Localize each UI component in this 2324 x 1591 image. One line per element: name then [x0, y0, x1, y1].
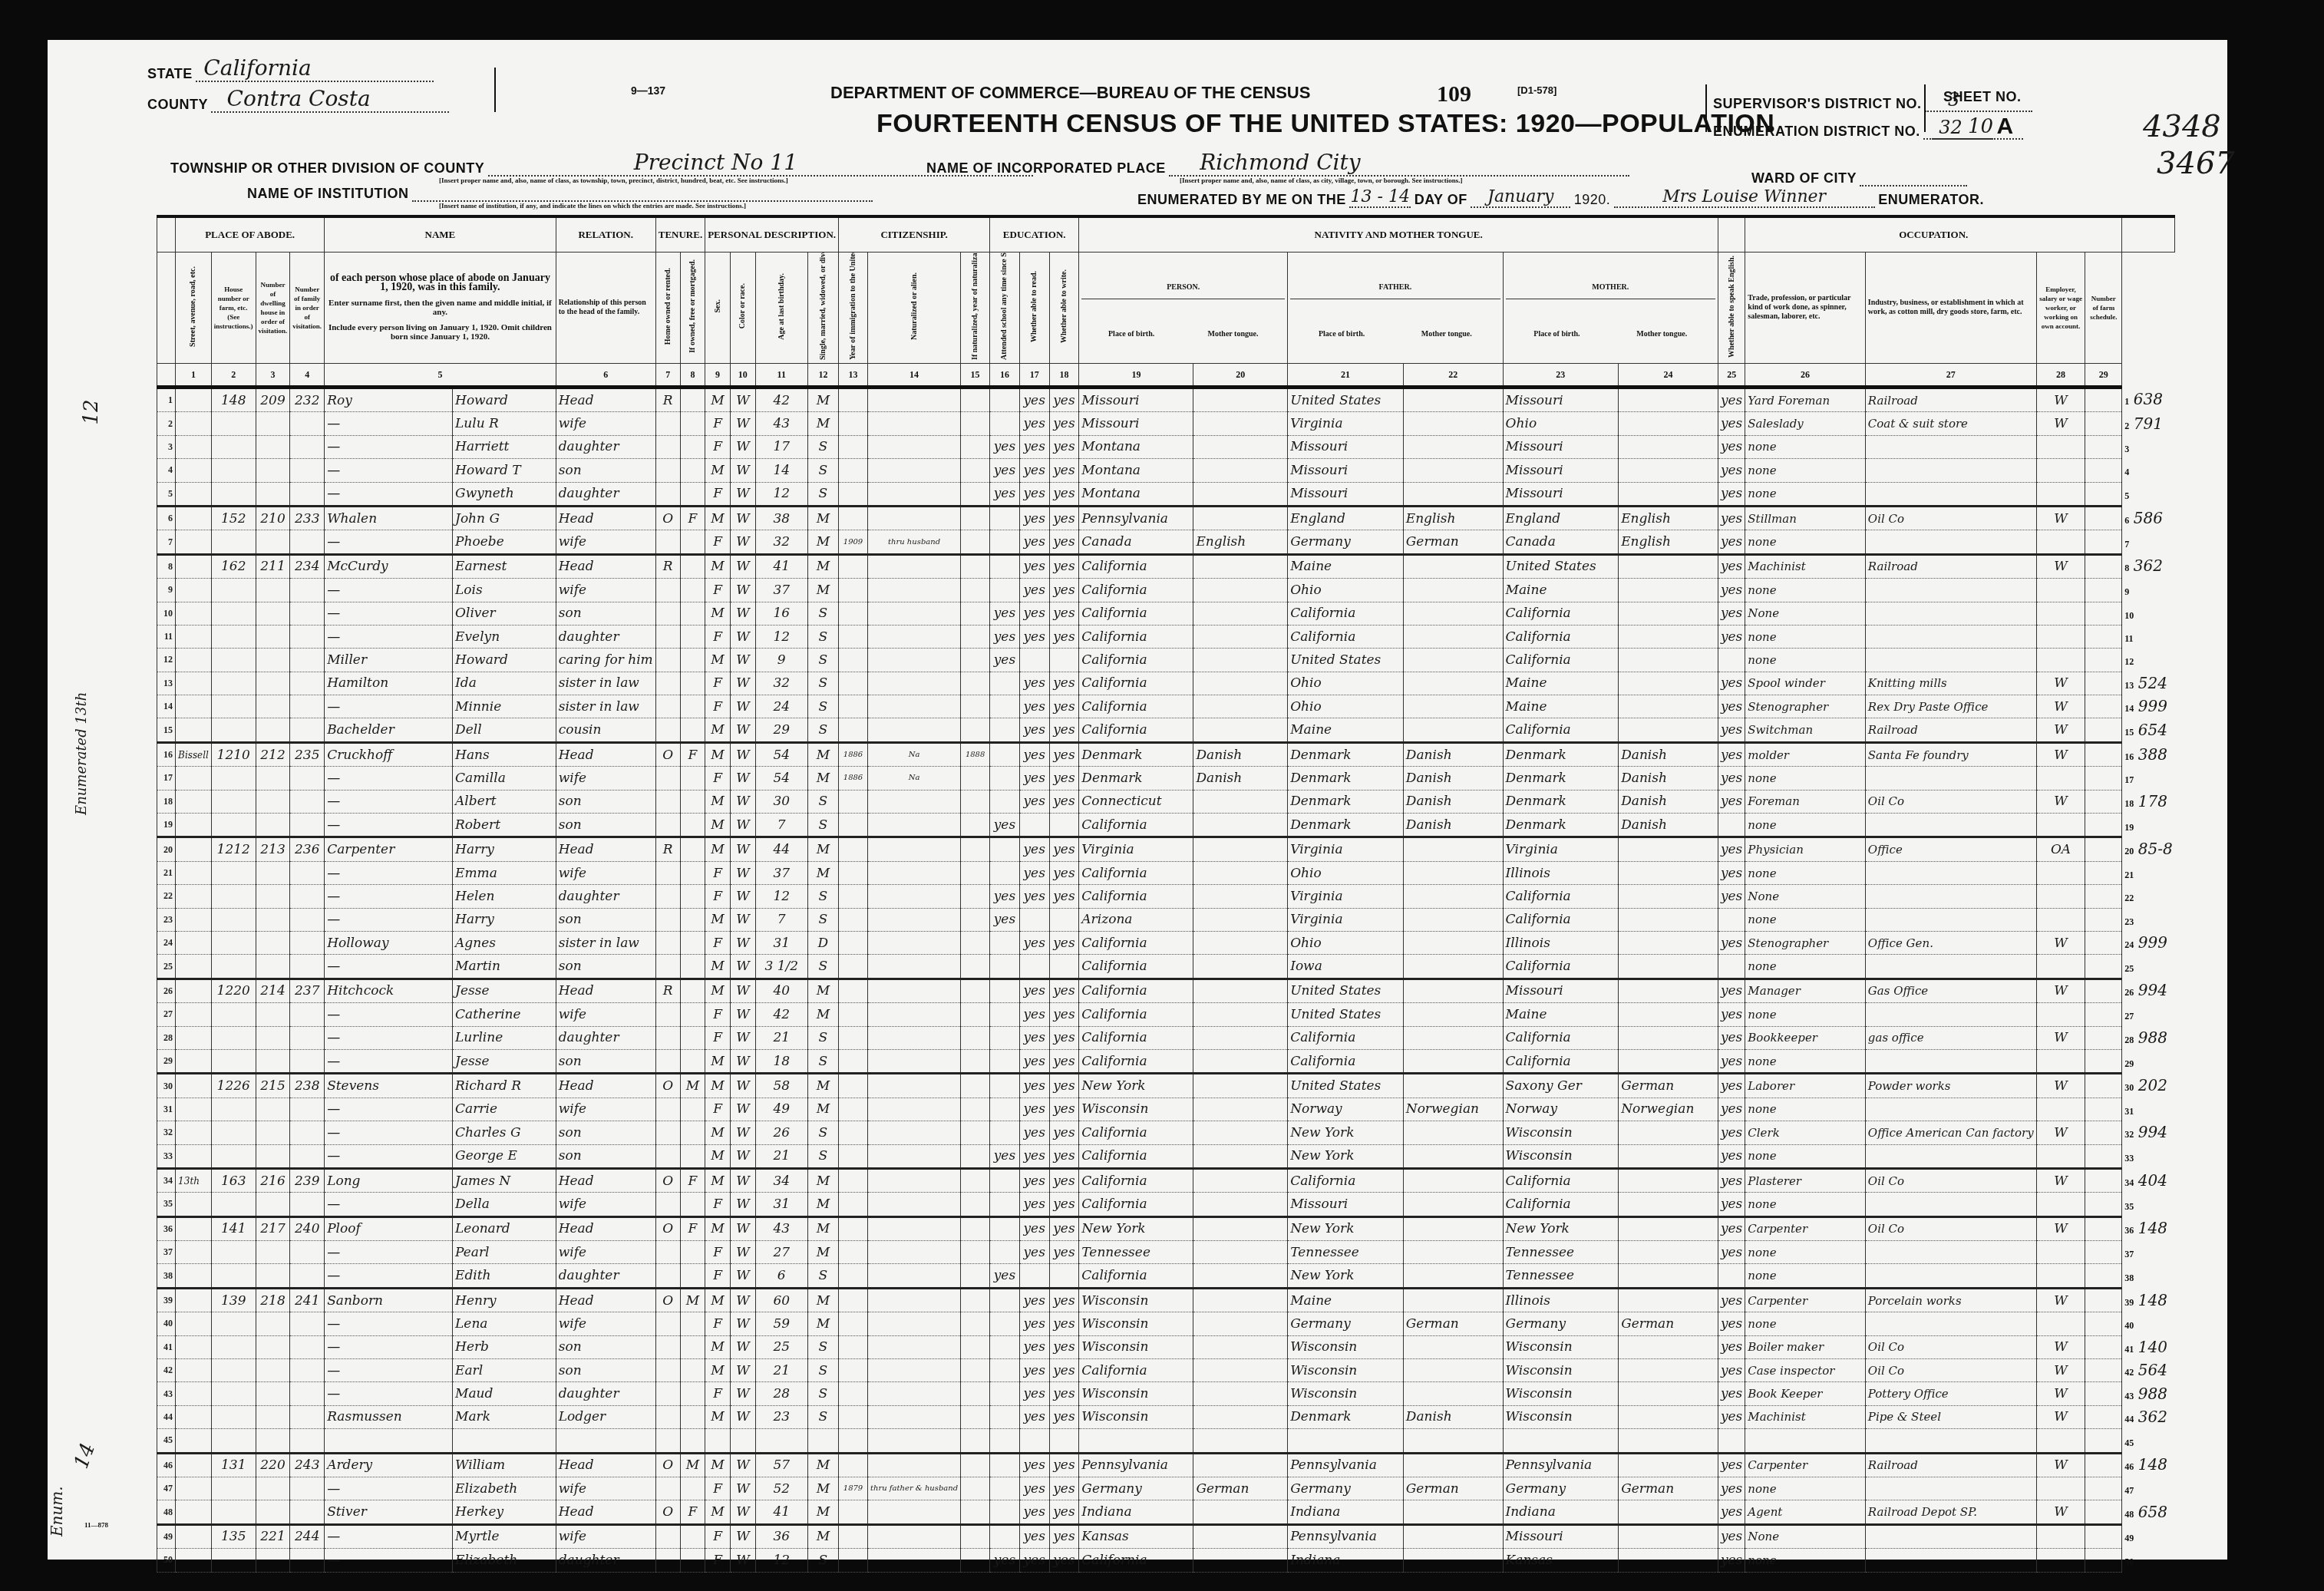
given-name-cell: George E: [453, 1144, 556, 1168]
age-cell: 37: [755, 579, 807, 602]
page-title: FOURTEENTH CENSUS OF THE UNITED STATES: …: [876, 109, 1774, 139]
race-cell: W: [730, 602, 755, 625]
sex-cell: M: [705, 837, 731, 861]
table-row: 37—PearlwifeFW27MyesyesTennesseeTennesse…: [157, 1241, 2227, 1264]
age-cell: 49: [755, 1098, 807, 1121]
farm-schedule-cell: [2085, 554, 2122, 578]
speaks-english-cell: yes: [1718, 1500, 1745, 1524]
father-birthplace-cell: Missouri: [1288, 459, 1404, 482]
right-line-number: 11: [2124, 633, 2133, 644]
mother-tongue-cell: [1193, 790, 1288, 813]
right-line-number: 45: [2124, 1438, 2134, 1448]
mother-tongue-cell: [1193, 1003, 1288, 1026]
write-cell: yes: [1049, 435, 1079, 458]
house-number-cell: 131: [211, 1453, 256, 1477]
write-cell: yes: [1049, 1312, 1079, 1335]
trade-cell: Foreman: [1745, 790, 1866, 813]
occupation-code: 18 178: [2122, 790, 2175, 813]
read-cell: yes: [1019, 1049, 1049, 1073]
father-tongue-cell: [1403, 602, 1503, 625]
school-cell: [990, 931, 1020, 954]
occupation-code: 4: [2122, 459, 2175, 482]
father-tongue-cell: [1403, 1335, 1503, 1358]
trade-cell: Carpenter: [1745, 1216, 1866, 1240]
given-name-cell: Agnes: [453, 931, 556, 954]
mother-birthplace-cell: Missouri: [1503, 435, 1619, 458]
speaks-english-cell: yes: [1718, 837, 1745, 861]
family-cell: [290, 1193, 325, 1216]
read-cell: [1019, 908, 1049, 931]
relation-cell: son: [556, 1049, 655, 1073]
school-cell: [990, 790, 1020, 813]
write-cell: yes: [1049, 742, 1079, 766]
write-cell: yes: [1049, 1453, 1079, 1477]
col-family: Number of family in order of visitation.: [290, 253, 325, 364]
mother-tongue-cell: [1193, 1074, 1288, 1098]
birthplace-cell: California: [1079, 1144, 1193, 1168]
birthplace-cell: [1079, 1429, 1193, 1453]
margin-note-enum: Enum.: [48, 1486, 66, 1537]
house-number-cell: [211, 718, 256, 742]
immigration-year-cell: [839, 1288, 868, 1312]
marital-cell: M: [807, 1312, 838, 1335]
mortgage-cell: [680, 1121, 705, 1144]
mother-tongue-cell: Danish: [1193, 742, 1288, 766]
mother-birthplace-cell: California: [1503, 718, 1619, 742]
line-number: 3: [157, 435, 176, 458]
sex-cell: M: [705, 742, 731, 766]
district-bracket-left: [1705, 84, 1707, 132]
school-cell: [990, 1288, 1020, 1312]
mother-birthplace-cell: Wisconsin: [1503, 1335, 1619, 1358]
state-field: STATE California: [147, 55, 434, 82]
trade-cell: none: [1745, 1144, 1866, 1168]
marital-cell: M: [807, 767, 838, 790]
surname-cell: Stevens: [325, 1074, 453, 1098]
column-number: 11: [755, 364, 807, 388]
street-cell: [176, 1121, 212, 1144]
mother-tongue-cell: [1193, 1549, 1288, 1572]
given-name-cell: Minnie: [453, 695, 556, 718]
owned-cell: [655, 672, 680, 695]
birthplace-cell: Montana: [1079, 435, 1193, 458]
family-cell: [290, 955, 325, 979]
right-line-number: 17: [2124, 774, 2134, 785]
write-cell: [1049, 955, 1079, 979]
race-cell: W: [730, 1312, 755, 1335]
race-cell: W: [730, 1049, 755, 1073]
read-cell: yes: [1019, 1288, 1049, 1312]
street-cell: [176, 1049, 212, 1073]
dwelling-cell: 217: [256, 1216, 290, 1240]
school-cell: [990, 742, 1020, 766]
mortgage-cell: [680, 885, 705, 908]
marital-cell: S: [807, 482, 838, 506]
father-birthplace-cell: Missouri: [1288, 482, 1404, 506]
surname-cell: —: [325, 1382, 453, 1405]
father-birthplace-cell: Denmark: [1288, 767, 1404, 790]
trade-cell: Stenographer: [1745, 695, 1866, 718]
mother-tongue-cell: [1193, 1288, 1288, 1312]
father-birthplace-cell: United States: [1288, 388, 1404, 412]
surname-cell: —: [325, 1549, 453, 1572]
relation-cell: sister in law: [556, 695, 655, 718]
immigration-year-cell: [839, 1074, 868, 1098]
house-number-cell: 1220: [211, 979, 256, 1002]
mortgage-cell: [680, 1429, 705, 1453]
owned-cell: [655, 435, 680, 458]
naturalized-cell: [867, 482, 960, 506]
marital-cell: S: [807, 955, 838, 979]
given-name-cell: Jesse: [453, 1049, 556, 1073]
write-cell: yes: [1049, 979, 1079, 1002]
mortgage-cell: [680, 1264, 705, 1288]
speaks-english-cell: [1718, 814, 1745, 837]
employer-class-cell: W: [2036, 1168, 2085, 1192]
relation-cell: cousin: [556, 718, 655, 742]
relation-cell: Head: [556, 1074, 655, 1098]
line-number: 48: [157, 1500, 176, 1524]
house-number-cell: [211, 1049, 256, 1073]
given-name-cell: Emma: [453, 861, 556, 884]
column-number: 3: [256, 364, 290, 388]
industry-cell: Office Gen.: [1865, 931, 2036, 954]
naturalized-cell: [867, 955, 960, 979]
mother-birthplace-cell: Illinois: [1503, 861, 1619, 884]
naturalization-year-cell: [961, 1429, 990, 1453]
school-cell: [990, 861, 1020, 884]
owned-cell: [655, 790, 680, 813]
surname-cell: —: [325, 1121, 453, 1144]
industry-cell: Office: [1865, 837, 2036, 861]
birthplace-cell: California: [1079, 625, 1193, 648]
father-tongue-cell: [1403, 1524, 1503, 1548]
house-number-cell: 162: [211, 554, 256, 578]
speaks-english-cell: yes: [1718, 1524, 1745, 1548]
surname-cell: —: [325, 1193, 453, 1216]
read-cell: yes: [1019, 1216, 1049, 1240]
dwelling-cell: [256, 1121, 290, 1144]
line-number: 35: [157, 1193, 176, 1216]
immigration-year-cell: [839, 1003, 868, 1026]
right-line-number: 41: [2124, 1344, 2134, 1355]
naturalization-year-cell: 1888: [961, 742, 990, 766]
street-cell: [176, 1193, 212, 1216]
county-label: COUNTY: [147, 97, 208, 112]
house-number-cell: [211, 1335, 256, 1358]
write-cell: [1049, 908, 1079, 931]
department-heading: DEPARTMENT OF COMMERCE—BUREAU OF THE CEN…: [830, 83, 1310, 103]
naturalization-year-cell: [961, 1453, 990, 1477]
trade-cell: none: [1745, 955, 1866, 979]
family-cell: 232: [290, 388, 325, 412]
house-number-cell: [211, 1003, 256, 1026]
sheet-number-value-row: 10 A: [1932, 114, 2013, 140]
farm-schedule-cell: [2085, 1405, 2122, 1428]
race-cell: W: [730, 482, 755, 506]
mother-tongue-cell: [1193, 1312, 1288, 1335]
naturalized-cell: [867, 790, 960, 813]
naturalization-year-cell: [961, 1477, 990, 1500]
mother-birthplace-cell: Missouri: [1503, 979, 1619, 1002]
owned-cell: R: [655, 388, 680, 412]
mother-birthplace-cell: Maine: [1503, 579, 1619, 602]
immigration-year-cell: [839, 459, 868, 482]
right-line-number: 33: [2124, 1153, 2134, 1164]
mother-tongue-of-mother-cell: [1619, 1121, 1718, 1144]
age-cell: 54: [755, 742, 807, 766]
read-cell: yes: [1019, 1193, 1049, 1216]
read-cell: yes: [1019, 1549, 1049, 1572]
col-age: Age at last birthday.: [755, 253, 807, 364]
given-name-cell: Howard: [453, 388, 556, 412]
marital-cell: S: [807, 1549, 838, 1572]
street-cell: [176, 1264, 212, 1288]
street-cell: [176, 931, 212, 954]
table-row: 29—JessesonMW18SyesyesCaliforniaCaliforn…: [157, 1049, 2227, 1073]
occupation-code-value: 999: [2138, 933, 2167, 952]
birthplace-cell: California: [1079, 718, 1193, 742]
marital-cell: M: [807, 579, 838, 602]
school-cell: [990, 955, 1020, 979]
given-name-cell: Maud: [453, 1382, 556, 1405]
immigration-year-cell: [839, 814, 868, 837]
occupation-code: 2 791: [2122, 412, 2175, 435]
right-line-number: 30: [2124, 1082, 2134, 1093]
naturalization-year-cell: [961, 506, 990, 530]
dwelling-cell: [256, 435, 290, 458]
speaks-english-cell: yes: [1718, 625, 1745, 648]
col-group-citizenship: CITIZENSHIP.: [839, 216, 990, 253]
write-cell: yes: [1049, 459, 1079, 482]
line-number: 20: [157, 837, 176, 861]
age-cell: 54: [755, 767, 807, 790]
line-number: 29: [157, 1049, 176, 1073]
mortgage-cell: [680, 1549, 705, 1572]
family-cell: [290, 1026, 325, 1049]
speaks-english-cell: yes: [1718, 1144, 1745, 1168]
right-line-number: 14: [2124, 703, 2134, 714]
speaks-english-cell: yes: [1718, 482, 1745, 506]
occupation-code: 44 362: [2122, 1405, 2175, 1428]
trade-cell: none: [1745, 482, 1866, 506]
occupation-code-value: 85-8: [2138, 840, 2173, 858]
col-dwelling: Number of dwelling house in order of vis…: [256, 253, 290, 364]
line-number: 37: [157, 1241, 176, 1264]
sex-cell: F: [705, 1193, 731, 1216]
dwelling-cell: [256, 814, 290, 837]
mother-tongue-of-mother-cell: German: [1619, 1074, 1718, 1098]
trade-cell: Plasterer: [1745, 1168, 1866, 1192]
father-birthplace-cell: Germany: [1288, 530, 1404, 554]
speaks-english-cell: [1718, 955, 1745, 979]
family-cell: [290, 1429, 325, 1453]
surname-cell: Miller: [325, 649, 453, 672]
employer-class-cell: W: [2036, 672, 2085, 695]
mortgage-cell: [680, 579, 705, 602]
line-number: 45: [157, 1429, 176, 1453]
farm-schedule-cell: [2085, 1074, 2122, 1098]
school-cell: [990, 1335, 1020, 1358]
industry-cell: Oil Co: [1865, 1335, 2036, 1358]
read-cell: yes: [1019, 625, 1049, 648]
write-cell: yes: [1049, 602, 1079, 625]
right-line-number: 19: [2124, 822, 2134, 833]
father-birthplace-cell: Maine: [1288, 554, 1404, 578]
mortgage-cell: [680, 1026, 705, 1049]
occupation-code: 41 140: [2122, 1335, 2175, 1358]
occupation-code: 32 994: [2122, 1121, 2175, 1144]
table-row: 24HollowayAgnessister in lawFW31DyesyesC…: [157, 931, 2227, 954]
employer-class-cell: [2036, 767, 2085, 790]
right-line-number: 43: [2124, 1391, 2134, 1401]
mother-tongue-cell: [1193, 554, 1288, 578]
age-cell: 26: [755, 1121, 807, 1144]
birthplace-cell: California: [1079, 695, 1193, 718]
right-line-number: 22: [2124, 893, 2134, 903]
employer-class-cell: [2036, 885, 2085, 908]
naturalized-cell: [867, 554, 960, 578]
right-line-number: 42: [2124, 1367, 2134, 1378]
father-birthplace-cell: New York: [1288, 1216, 1404, 1240]
family-cell: [290, 602, 325, 625]
table-row: 36141217240PloofLeonardHeadOFMW43Myesyes…: [157, 1216, 2227, 1240]
naturalized-cell: [867, 1359, 960, 1382]
naturalization-year-cell: [961, 1264, 990, 1288]
owned-cell: [655, 412, 680, 435]
table-row: 6152210233WhalenJohn GHeadOFMW38MyesyesP…: [157, 506, 2227, 530]
table-row: 13HamiltonIdasister in lawFW32SyesyesCal…: [157, 672, 2227, 695]
dwelling-cell: [256, 955, 290, 979]
owned-cell: [655, 767, 680, 790]
employer-class-cell: [2036, 459, 2085, 482]
table-row: 22—HelendaughterFW12SyesyesyesCalifornia…: [157, 885, 2227, 908]
col-group-nativity: NATIVITY AND MOTHER TONGUE.: [1079, 216, 1718, 253]
table-row: 12MillerHowardcaring for himMW9SyesCalif…: [157, 649, 2227, 672]
relation-cell: son: [556, 1335, 655, 1358]
sex-cell: F: [705, 1098, 731, 1121]
occupation-code: 50: [2122, 1549, 2175, 1572]
line-number: 18: [157, 790, 176, 813]
naturalization-year-cell: [961, 979, 990, 1002]
industry-cell: [1865, 908, 2036, 931]
speaks-english-cell: yes: [1718, 1026, 1745, 1049]
mother-tongue-cell: [1193, 625, 1288, 648]
given-name-cell: Catherine: [453, 1003, 556, 1026]
street-cell: [176, 482, 212, 506]
occupation-code-value: 148: [2138, 1291, 2167, 1309]
owned-cell: R: [655, 554, 680, 578]
read-cell: yes: [1019, 837, 1049, 861]
immigration-year-cell: [839, 435, 868, 458]
speaks-english-cell: yes: [1718, 1049, 1745, 1073]
naturalization-year-cell: [961, 1382, 990, 1405]
table-row: 10—OliversonMW16SyesyesyesCaliforniaCali…: [157, 602, 2227, 625]
race-cell: W: [730, 672, 755, 695]
father-tongue-cell: [1403, 579, 1503, 602]
immigration-year-cell: [839, 718, 868, 742]
house-number-cell: 141: [211, 1216, 256, 1240]
father-tongue-cell: [1403, 1382, 1503, 1405]
father-tongue-cell: [1403, 695, 1503, 718]
school-cell: [990, 554, 1020, 578]
table-row: 39139218241SanbornHenryHeadOMMW60Myesyes…: [157, 1288, 2227, 1312]
age-cell: 21: [755, 1359, 807, 1382]
write-cell: yes: [1049, 1335, 1079, 1358]
father-birthplace-cell: California: [1288, 602, 1404, 625]
dwelling-cell: 212: [256, 742, 290, 766]
street-cell: [176, 435, 212, 458]
occupation-code-value: 638: [2134, 390, 2163, 408]
occupation-code-value: 404: [2138, 1171, 2167, 1190]
race-cell: W: [730, 885, 755, 908]
line-number: 27: [157, 1003, 176, 1026]
naturalization-year-cell: [961, 1312, 990, 1335]
birthplace-cell: Indiana: [1079, 1500, 1193, 1524]
house-number-cell: [211, 1405, 256, 1428]
father-tongue-cell: [1403, 1144, 1503, 1168]
read-cell: yes: [1019, 931, 1049, 954]
col-immigration: Year of immigration to the United States…: [839, 253, 868, 364]
column-number: 26: [1745, 364, 1866, 388]
mother-tongue-of-mother-cell: [1619, 1382, 1718, 1405]
mother-tongue-cell: [1193, 1049, 1288, 1073]
owned-cell: [655, 1524, 680, 1548]
dwelling-cell: [256, 1477, 290, 1500]
relation-cell: wife: [556, 579, 655, 602]
table-row: 25—MartinsonMW3 1/2SCaliforniaIowaCalifo…: [157, 955, 2227, 979]
street-cell: [176, 1453, 212, 1477]
race-cell: W: [730, 1382, 755, 1405]
surname-cell: —: [325, 1098, 453, 1121]
school-cell: [990, 1121, 1020, 1144]
birthplace-cell: Wisconsin: [1079, 1098, 1193, 1121]
house-number-cell: [211, 767, 256, 790]
naturalized-cell: [867, 1312, 960, 1335]
naturalized-cell: [867, 908, 960, 931]
industry-cell: Office American Can factory: [1865, 1121, 2036, 1144]
sex-cell: M: [705, 814, 731, 837]
farm-schedule-cell: [2085, 1121, 2122, 1144]
write-cell: yes: [1049, 1359, 1079, 1382]
write-cell: yes: [1049, 506, 1079, 530]
write-cell: yes: [1049, 718, 1079, 742]
marital-cell: M: [807, 1003, 838, 1026]
relation-cell: daughter: [556, 435, 655, 458]
naturalization-year-cell: [961, 412, 990, 435]
naturalization-year-cell: [961, 1405, 990, 1428]
mother-tongue-of-mother-cell: [1619, 695, 1718, 718]
father-tongue-cell: Danish: [1403, 742, 1503, 766]
birthplace-cell: California: [1079, 861, 1193, 884]
immigration-year-cell: [839, 837, 868, 861]
table-row: 4545: [157, 1429, 2227, 1453]
trade-cell: Laborer: [1745, 1074, 1866, 1098]
right-line-number: 27: [2124, 1011, 2134, 1022]
father-tongue-cell: [1403, 1216, 1503, 1240]
mother-tongue-of-mother-cell: [1619, 482, 1718, 506]
immigration-year-cell: [839, 931, 868, 954]
naturalization-year-cell: [961, 718, 990, 742]
father-tongue-cell: [1403, 1026, 1503, 1049]
write-cell: yes: [1049, 1026, 1079, 1049]
enumerator-label: ENUMERATOR.: [1878, 192, 1984, 207]
occupation-code: 3: [2122, 435, 2175, 458]
margin-note-top: 12: [80, 399, 103, 424]
owned-cell: [655, 1121, 680, 1144]
line-number: 36: [157, 1216, 176, 1240]
owned-cell: R: [655, 979, 680, 1002]
